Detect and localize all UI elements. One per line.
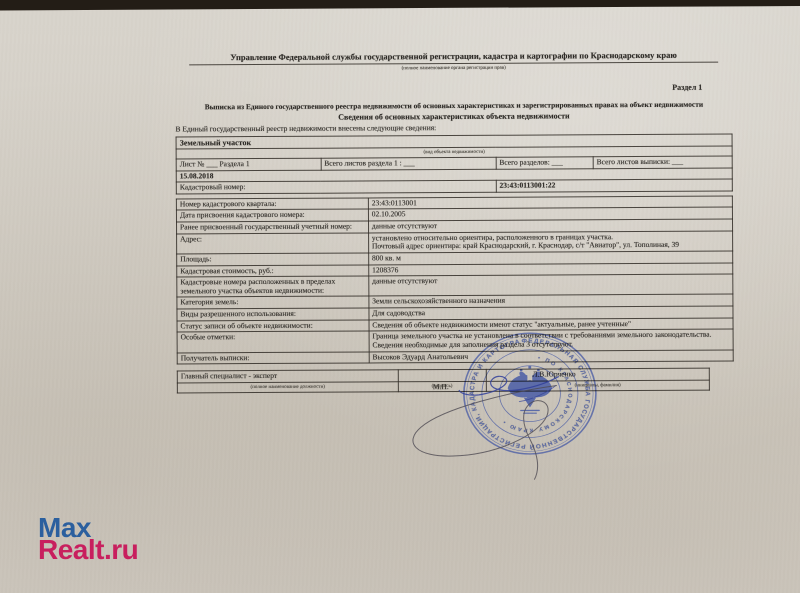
table-row: Адрес: установлено относительно ориентир… xyxy=(177,231,733,254)
document-sheet: Управление Федеральной службы государств… xyxy=(175,51,734,394)
sheet-number-cell: Лист № ___ Раздела 1 xyxy=(176,158,321,170)
row-label: Виды разрешенного использования: xyxy=(177,308,369,321)
position-caption: (полное наименование должности) xyxy=(177,382,398,393)
document-subtitle: Сведения об основных характеристиках объ… xyxy=(175,111,732,123)
row-label: Кадастровые номера расположенных в преде… xyxy=(177,276,369,297)
row-label: Адрес: xyxy=(177,233,369,254)
row-label: Дата присвоения кадастрового номера: xyxy=(176,209,368,222)
row-label: Номер кадастрового квартала: xyxy=(176,198,368,211)
sheets-in-section-cell: Всего листов раздела 1 : ___ xyxy=(321,157,496,170)
table-row: Особые отметки: Граница земельного участ… xyxy=(177,329,733,352)
row-label: Ранее присвоенный государственный учетны… xyxy=(176,221,368,234)
object-info-table: Земельный участок (вид объекта недвижимо… xyxy=(176,134,733,195)
document-photo: { "header": { "org_name": "Управление Фе… xyxy=(0,0,800,593)
row-label: Получатель выписки: xyxy=(177,352,369,365)
watermark-logo: Max Realt.ru xyxy=(38,517,138,561)
mp-label: М.П. xyxy=(433,383,449,392)
intro-line: В Единый государственный реестр недвижим… xyxy=(175,123,732,135)
section-label: Раздел 1 xyxy=(175,82,732,94)
table-row: Кадастровые номера расположенных в преде… xyxy=(177,274,733,297)
stamp-seal-icon: ФЕДЕРАЛЬНАЯ СЛУЖБА ГОСУДАРСТВЕННОЙ РЕГИС… xyxy=(460,329,601,458)
row-label: Статус записи об объекте недвижимости: xyxy=(177,320,369,333)
double-headed-eagle-icon xyxy=(508,366,553,414)
watermark-line2: Realt.ru xyxy=(38,539,138,561)
total-sheets-cell: Всего листов выписки: ___ xyxy=(593,156,732,168)
table-row: Получатель выписки: Высоков Эдуард Анато… xyxy=(177,350,733,365)
row-value: данные отсутствуют xyxy=(369,274,733,296)
table-row: Кадастровый номер: 23:43:0113001:22 xyxy=(176,179,732,194)
row-value: установлено относительно ориентира, расп… xyxy=(368,231,732,253)
total-sections-cell: Всего разделов: ___ xyxy=(496,157,593,169)
document-title: Выписка из Единого государственного реес… xyxy=(175,100,732,111)
photo-background-edge xyxy=(0,0,800,11)
row-label: Площадь: xyxy=(177,253,369,266)
cadastral-number-value: 23:43:0113001:22 xyxy=(496,179,732,192)
row-label: Особые отметки: xyxy=(177,331,369,352)
org-name-caption: (полное наименование органа регистрации … xyxy=(175,64,732,73)
official-stamp: ФЕДЕРАЛЬНАЯ СЛУЖБА ГОСУДАРСТВЕННОЙ РЕГИС… xyxy=(460,329,601,458)
org-name-heading: Управление Федеральной службы государств… xyxy=(189,51,718,66)
row-label: Кадастровая стоимость, руб.: xyxy=(177,265,369,278)
details-table: Номер кадастрового квартала: 23:43:01130… xyxy=(176,195,734,364)
row-label: Категория земель: xyxy=(177,296,369,309)
cadastral-number-label: Кадастровый номер: xyxy=(176,181,496,194)
